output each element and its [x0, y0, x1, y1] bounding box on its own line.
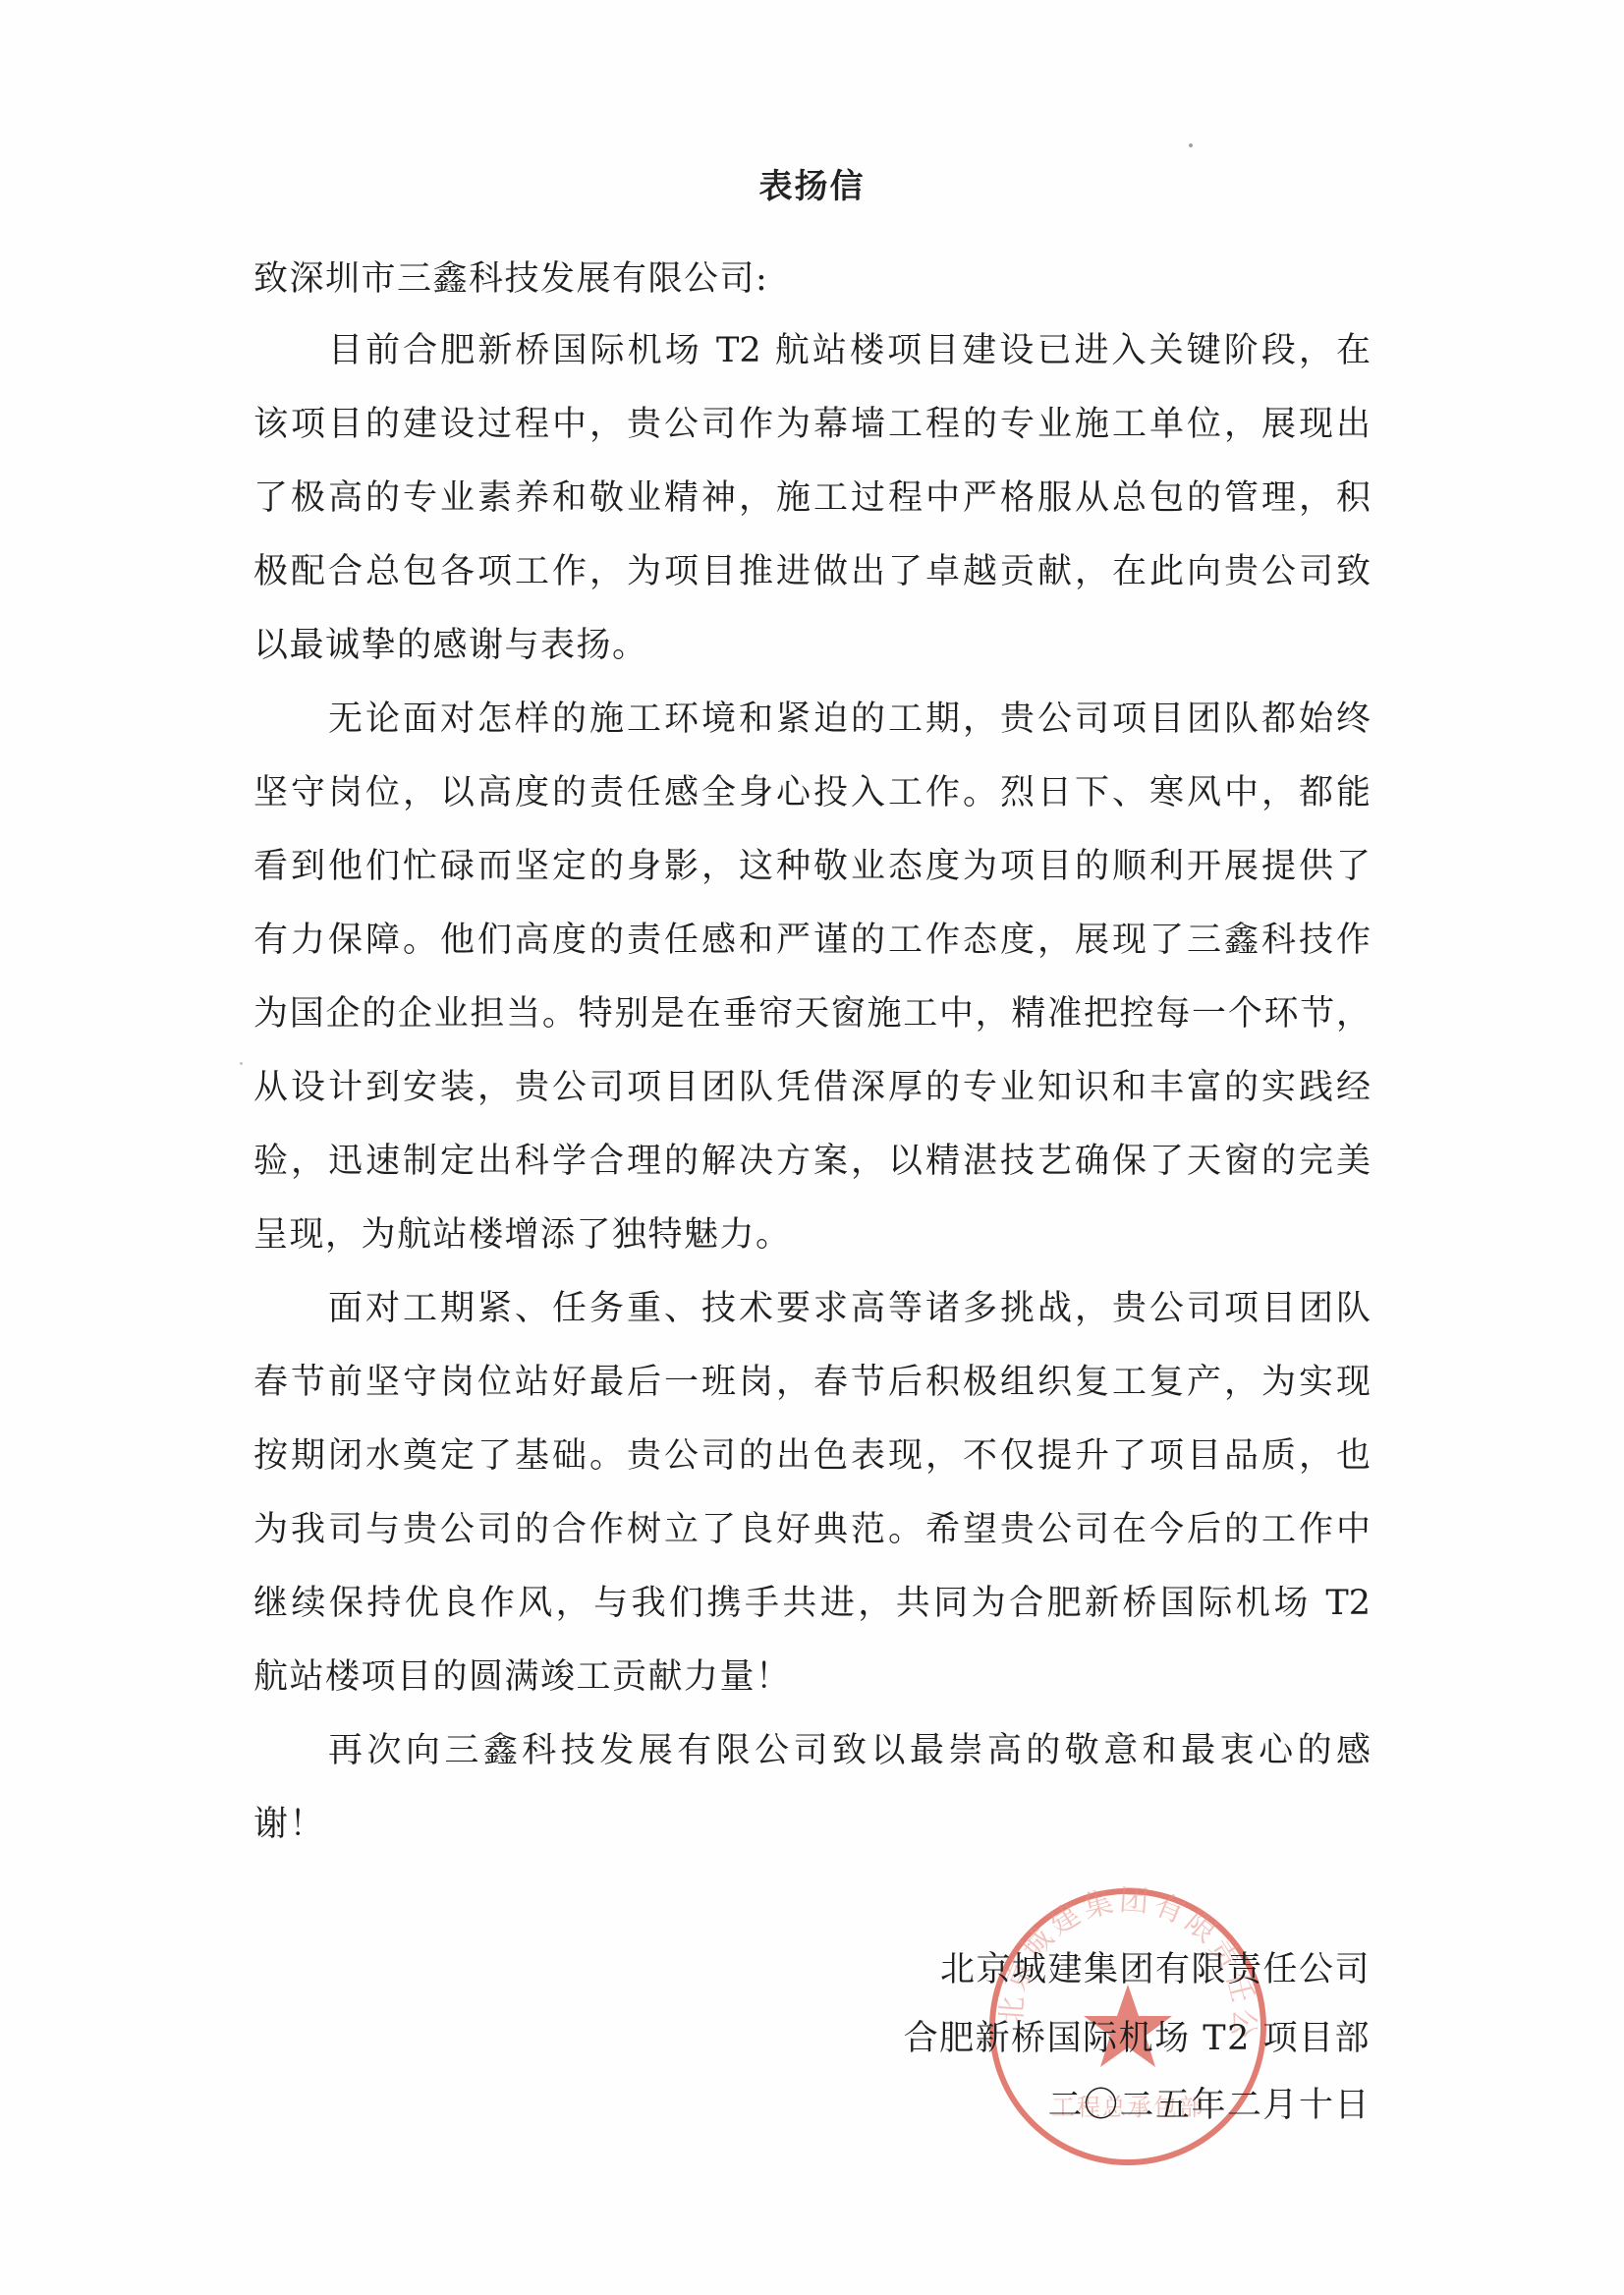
text-line: 看到他们忙碌而坚定的身影，这种敬业态度为项目的顺利开展提供了 — [253, 845, 1371, 888]
letter-page: 表扬信 致深圳市三鑫科技发展有限公司: 目前合肥新桥国际机场 T2 航站楼项目建… — [0, 0, 1624, 2295]
signature-department: 合肥新桥国际机场 T2 项目部 — [904, 2017, 1371, 2060]
letter-title: 表扬信 — [0, 165, 1624, 208]
text-line: 有力保障。他们高度的责任感和严谨的工作态度，展现了三鑫科技作 — [253, 919, 1371, 962]
text-line: 验，迅速制定出科学合理的解决方案，以精湛技艺确保了天窗的完美 — [253, 1140, 1371, 1183]
text-line: 坚守岗位，以高度的责任感全身心投入工作。烈日下、寒风中，都能 — [253, 771, 1371, 814]
signature-date: 二〇二五年二月十日 — [1047, 2084, 1371, 2127]
text-line: 呈现，为航站楼增添了独特魅力。 — [253, 1213, 1371, 1257]
text-line: 该项目的建设过程中，贵公司作为幕墙工程的专业施工单位，展现出 — [253, 403, 1371, 446]
text-line: 了极高的专业素养和敬业精神，施工过程中严格服从总包的管理，积 — [253, 476, 1371, 520]
text-line: 极配合总包各项工作，为项目推进做出了卓越贡献，在此向贵公司致 — [253, 550, 1371, 593]
text-line: 为国企的企业担当。特别是在垂帘天窗施工中，精准把控每一个环节， — [253, 992, 1371, 1036]
text-line: 春节前坚守岗位站好最后一班岗，春节后积极组织复工复产，为实现 — [253, 1361, 1371, 1404]
signature-organization: 北京城建集团有限责任公司 — [940, 1948, 1371, 1991]
text-line: 面对工期紧、任务重、技术要求高等诸多挑战，贵公司项目团队 — [328, 1287, 1371, 1330]
text-line: 航站楼项目的圆满竣工贡献力量！ — [253, 1655, 1371, 1699]
text-line: 继续保持优良作风，与我们携手共进，共同为合肥新桥国际机场 T2 — [253, 1582, 1371, 1625]
scan-speck — [1189, 143, 1193, 147]
text-line: 以最诚挚的感谢与表扬。 — [253, 624, 1371, 667]
text-line: 再次向三鑫科技发展有限公司致以最崇高的敬意和最衷心的感 — [328, 1729, 1371, 1772]
text-line: 从设计到安装，贵公司项目团队凭借深厚的专业知识和丰富的实践经 — [253, 1066, 1371, 1109]
text-line: 无论面对怎样的施工环境和紧迫的工期，贵公司项目团队都始终 — [328, 698, 1371, 741]
salutation: 致深圳市三鑫科技发展有限公司: — [253, 257, 768, 301]
text-line: 目前合肥新桥国际机场 T2 航站楼项目建设已进入关键阶段，在 — [328, 329, 1371, 372]
text-line: 谢！ — [253, 1803, 1371, 1846]
text-line: 为我司与贵公司的合作树立了良好典范。希望贵公司在今后的工作中 — [253, 1508, 1371, 1551]
text-line: 按期闭水奠定了基础。贵公司的出色表现，不仅提升了项目品质，也 — [253, 1434, 1371, 1478]
scan-speck — [240, 1062, 243, 1065]
